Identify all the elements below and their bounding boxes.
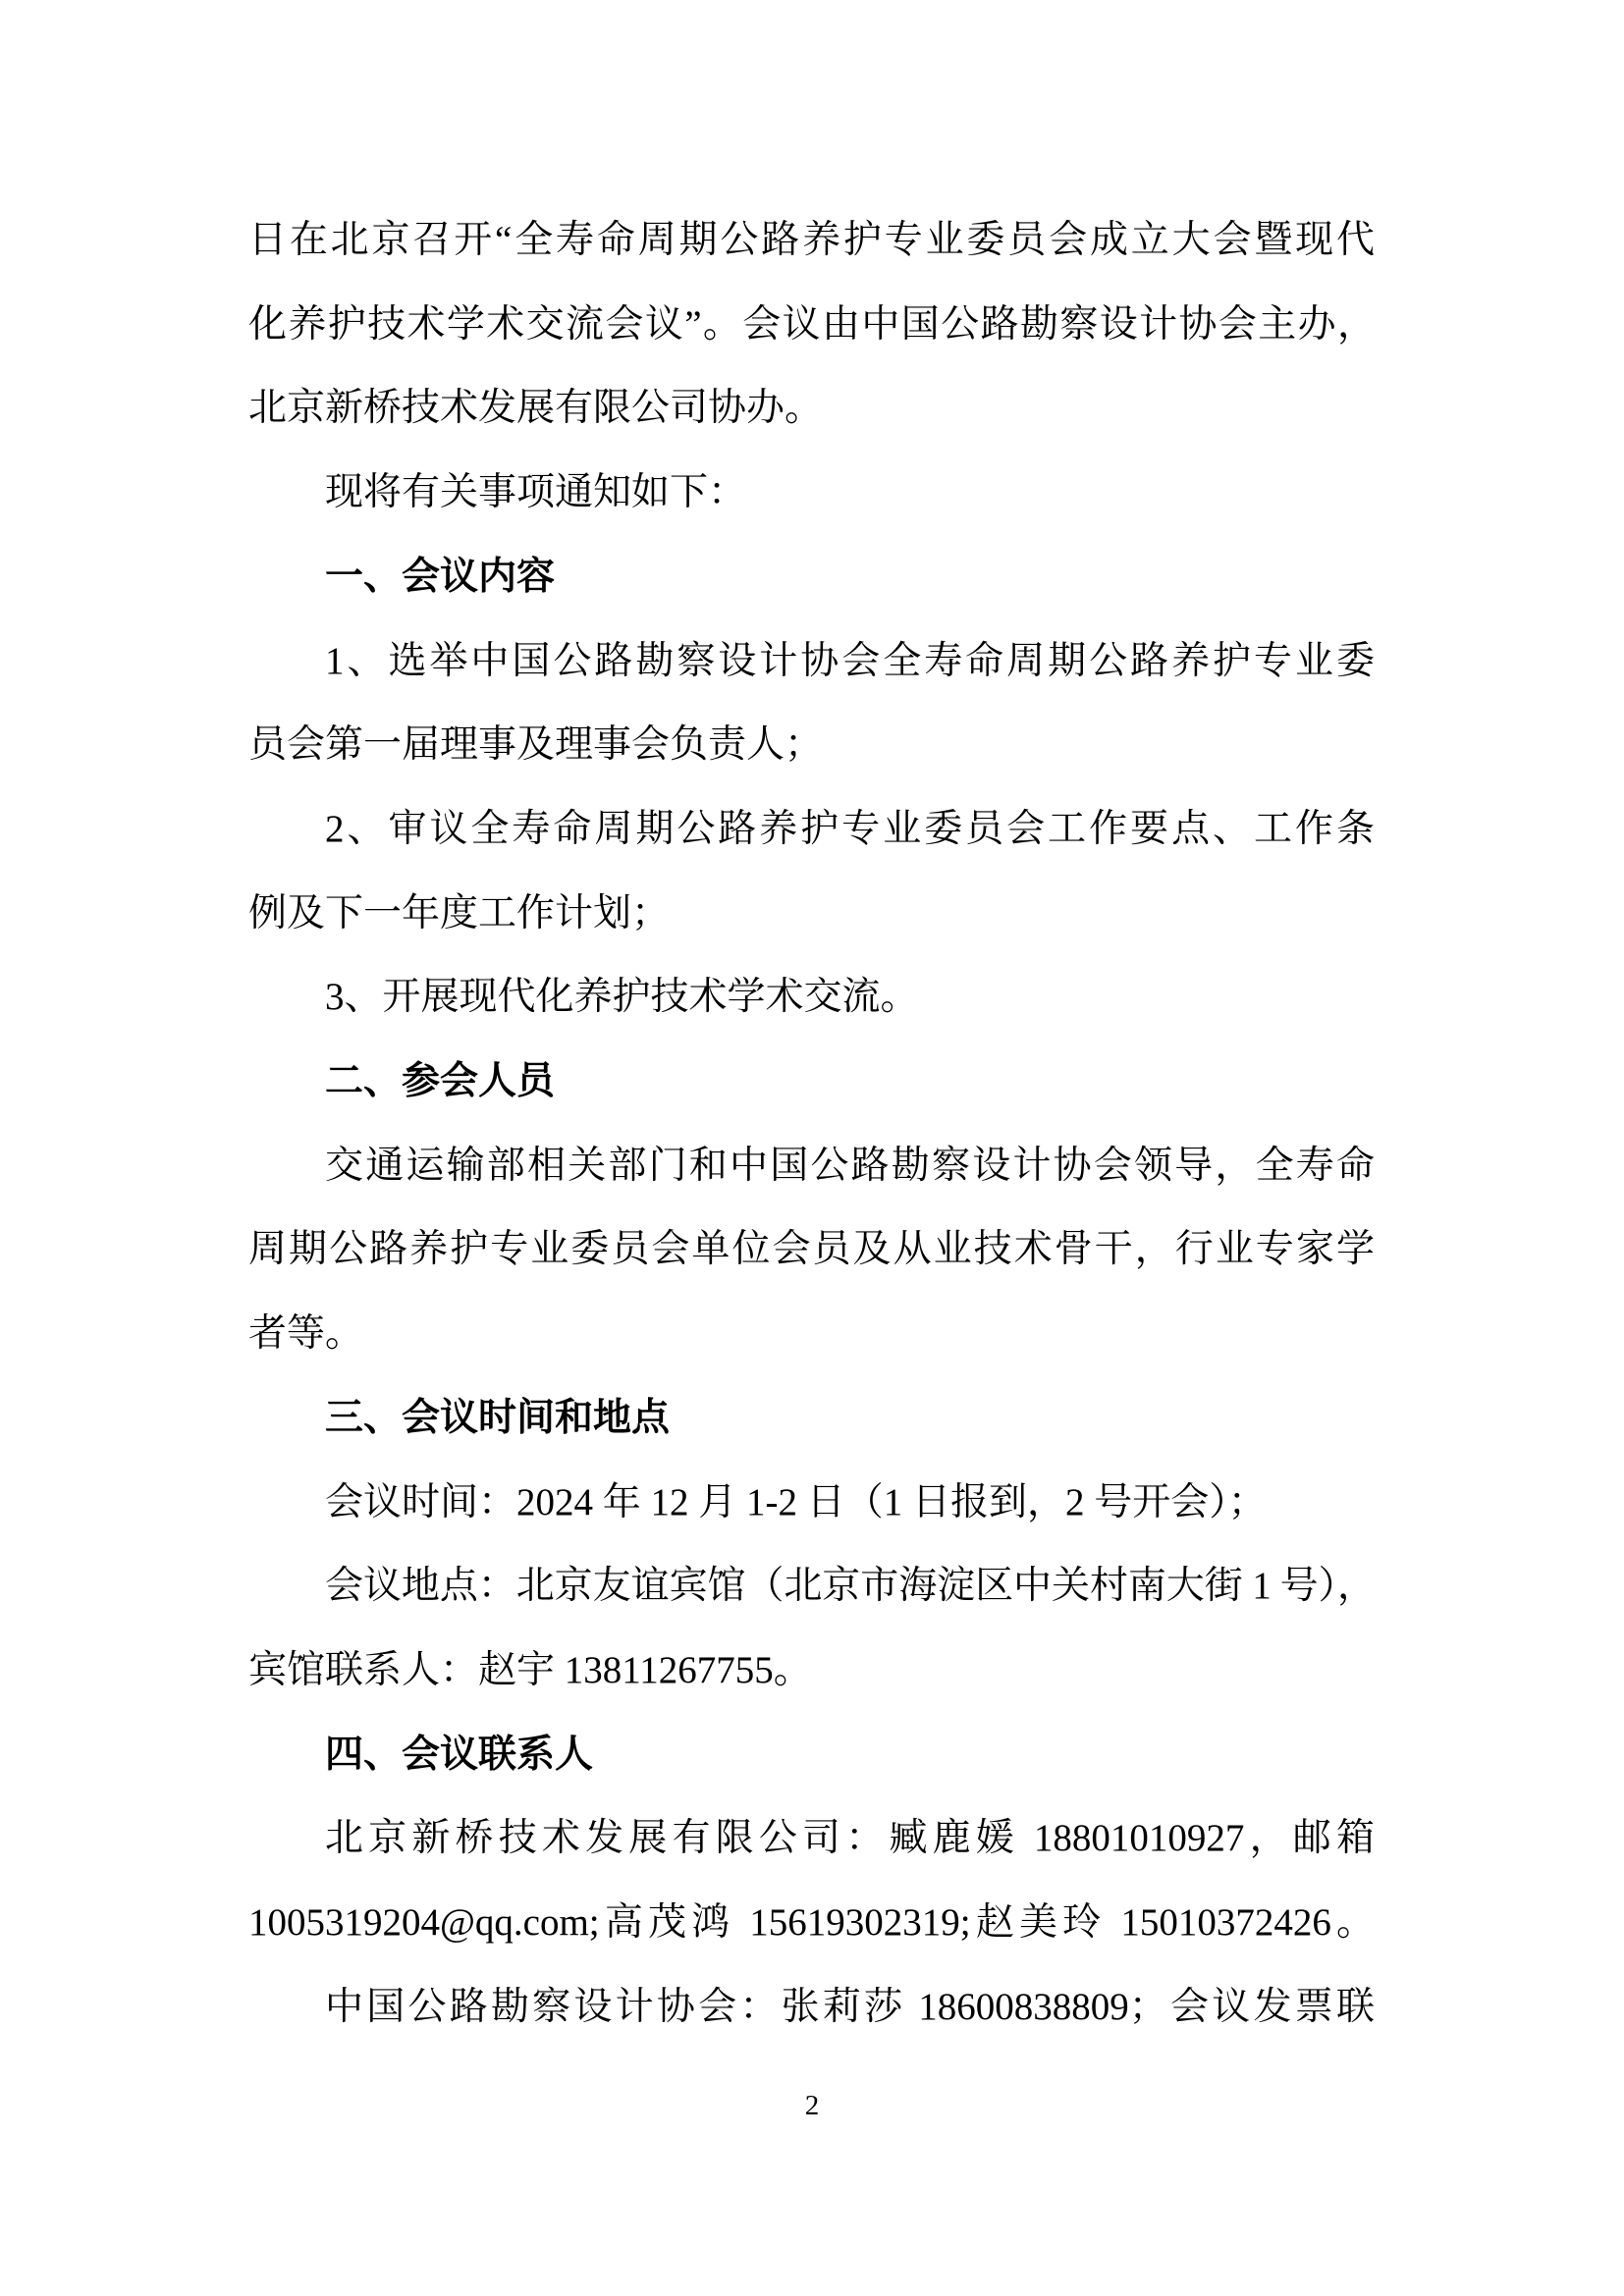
text-line: 化养护技术学术交流会议”。会议由中国公路勘察设计协会主办， <box>248 283 1375 367</box>
text-line: 会议时间：2024 年 12 月 1-2 日（1 日报到，2 号开会）； <box>248 1461 1375 1545</box>
text-line: 会议地点：北京友谊宾馆（北京市海淀区中关村南大街 1 号）， <box>248 1544 1375 1629</box>
text-line: 员会第一届理事及理事会负责人； <box>248 703 1375 787</box>
section-heading: 二、参会人员 <box>248 1040 1375 1124</box>
section-heading: 三、会议时间和地点 <box>248 1376 1375 1461</box>
section-heading: 四、会议联系人 <box>248 1713 1375 1797</box>
text-line: 现将有关事项通知如下： <box>248 451 1375 535</box>
text-line: 交通运输部相关部门和中国公路勘察设计协会领导，全寿命 <box>248 1124 1375 1208</box>
text-line: 者等。 <box>248 1292 1375 1376</box>
page-number: 2 <box>0 2089 1624 2122</box>
text-line: 1、选举中国公路勘察设计协会全寿命周期公路养护专业委 <box>248 619 1375 704</box>
text-line: 3、开展现代化养护技术学术交流。 <box>248 955 1375 1040</box>
text-line: 1005319204@qq.com;高茂鸿 15619302319;赵美玲 15… <box>248 1881 1375 1965</box>
document-body: 日在北京召开“全寿命周期公路养护专业委员会成立大会暨现代 化养护技术学术交流会议… <box>248 198 1375 2049</box>
text-line: 中国公路勘察设计协会：张莉莎 18600838809；会议发票联 <box>248 1965 1375 2050</box>
text-line: 2、审议全寿命周期公路养护专业委员会工作要点、工作条 <box>248 787 1375 872</box>
text-line: 日在北京召开“全寿命周期公路养护专业委员会成立大会暨现代 <box>248 198 1375 283</box>
text-line: 北京新桥技术发展有限公司协办。 <box>248 366 1375 451</box>
text-line: 周期公路养护专业委员会单位会员及从业技术骨干，行业专家学 <box>248 1207 1375 1292</box>
text-line: 例及下一年度工作计划； <box>248 872 1375 956</box>
section-heading: 一、会议内容 <box>248 535 1375 619</box>
document-page: 日在北京召开“全寿命周期公路养护专业委员会成立大会暨现代 化养护技术学术交流会议… <box>0 0 1624 2296</box>
text-line: 宾馆联系人：赵宇 13811267755。 <box>248 1629 1375 1713</box>
text-line: 北京新桥技术发展有限公司：臧鹿媛 18801010927，邮箱 <box>248 1796 1375 1881</box>
